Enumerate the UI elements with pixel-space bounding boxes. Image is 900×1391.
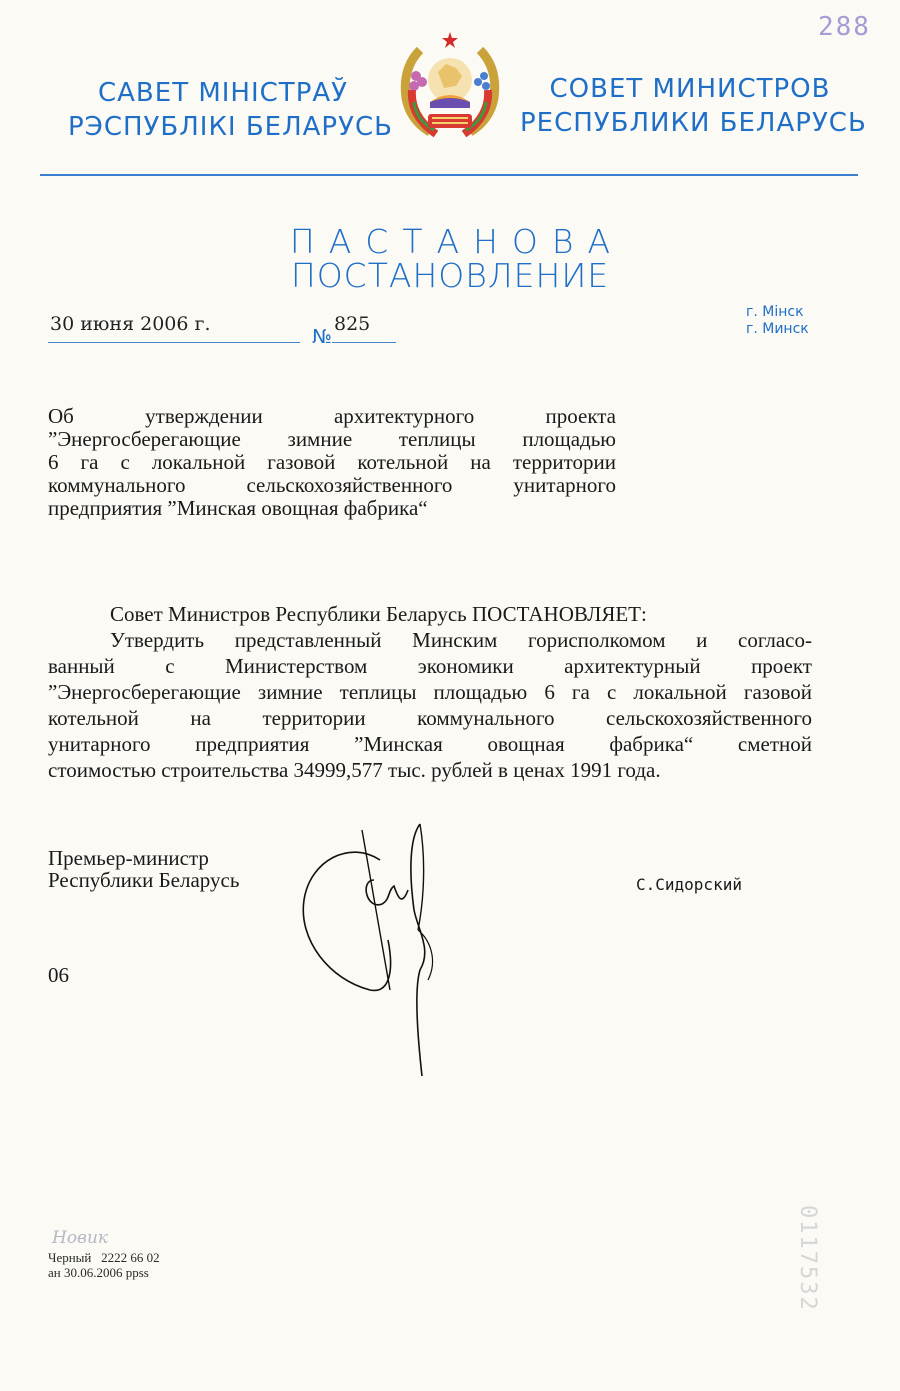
subject-line: Об утверждении архитектурного проекта (48, 405, 616, 428)
handwritten-signature (290, 820, 470, 1080)
signer-position-line: Республики Беларусь (48, 869, 239, 891)
header-divider (40, 174, 858, 176)
signer-name: С.Сидорский (636, 875, 742, 894)
body-line: стоимостью строительства 34999,577 тыс. … (48, 757, 812, 783)
header-title-line: СОВЕТ МИНИСТРОВ (520, 72, 860, 106)
body-line: унитарного предприятия ”Минская овощная … (48, 731, 812, 757)
handwritten-note: Новик (52, 1228, 108, 1248)
document-subject: Об утверждении архитектурного проекта ”Э… (48, 405, 616, 520)
copies-count: 06 (48, 963, 69, 988)
body-line: котельной на территории коммунального се… (48, 705, 812, 731)
body-line: ”Энергосберегающие зимние теплицы площад… (48, 679, 812, 705)
body-line: Утвердить представленный Минским гориспо… (48, 627, 812, 653)
header-title-line: РЕСПУБЛИКИ БЕЛАРУСЬ (520, 106, 860, 140)
body-line: ванный с Министерством экономики архитек… (48, 653, 812, 679)
footer-line: ан 30.06.2006 ppss (48, 1265, 160, 1280)
document-date: 30 июня 2006 г. (50, 313, 211, 335)
header-title-russian: СОВЕТ МИНИСТРОВ РЕСПУБЛИКИ БЕЛАРУСЬ (520, 72, 860, 140)
number-underline (332, 342, 396, 343)
city-belarusian: г. Мінск (746, 304, 809, 321)
header-title-line: РЭСПУБЛІКІ БЕЛАРУСЬ (68, 110, 378, 144)
signer-position: Премьер-министр Республики Беларусь (48, 847, 239, 891)
header-title-line: САВЕТ МІНІСТРАЎ (68, 76, 378, 110)
city-block: г. Мінск г. Минск (746, 304, 809, 338)
subject-line: ”Энергосберегающие зимние теплицы площад… (48, 428, 616, 451)
coat-of-arms-icon (390, 28, 510, 143)
subject-line: 6 га с локальной газовой котельной на те… (48, 451, 616, 474)
doc-type-russian: ПОСТАНОВЛЕНИЕ (0, 256, 900, 295)
decree-line: Совет Министров Республики Беларусь ПОСТ… (48, 601, 812, 627)
footer-notes: Черный 2222 66 02 ан 30.06.2006 ppss (48, 1250, 160, 1280)
footer-line: Черный 2222 66 02 (48, 1250, 160, 1265)
document-body: Совет Министров Республики Беларусь ПОСТ… (48, 601, 812, 783)
header-title-belarusian: САВЕТ МІНІСТРАЎ РЭСПУБЛІКІ БЕЛАРУСЬ (68, 76, 378, 144)
document-number: 825 (334, 313, 370, 335)
city-russian: г. Минск (746, 321, 809, 338)
archive-number-stamp: 288 (818, 12, 871, 42)
subject-line: коммунального сельскохозяйственного унит… (48, 474, 616, 497)
signer-position-line: Премьер-министр (48, 847, 239, 869)
date-underline (48, 342, 300, 343)
number-sign: № (312, 326, 332, 348)
subject-line: предприятия ”Минская овощная фабрика“ (48, 497, 616, 520)
side-stamp-number: 0117532 (795, 1205, 820, 1312)
